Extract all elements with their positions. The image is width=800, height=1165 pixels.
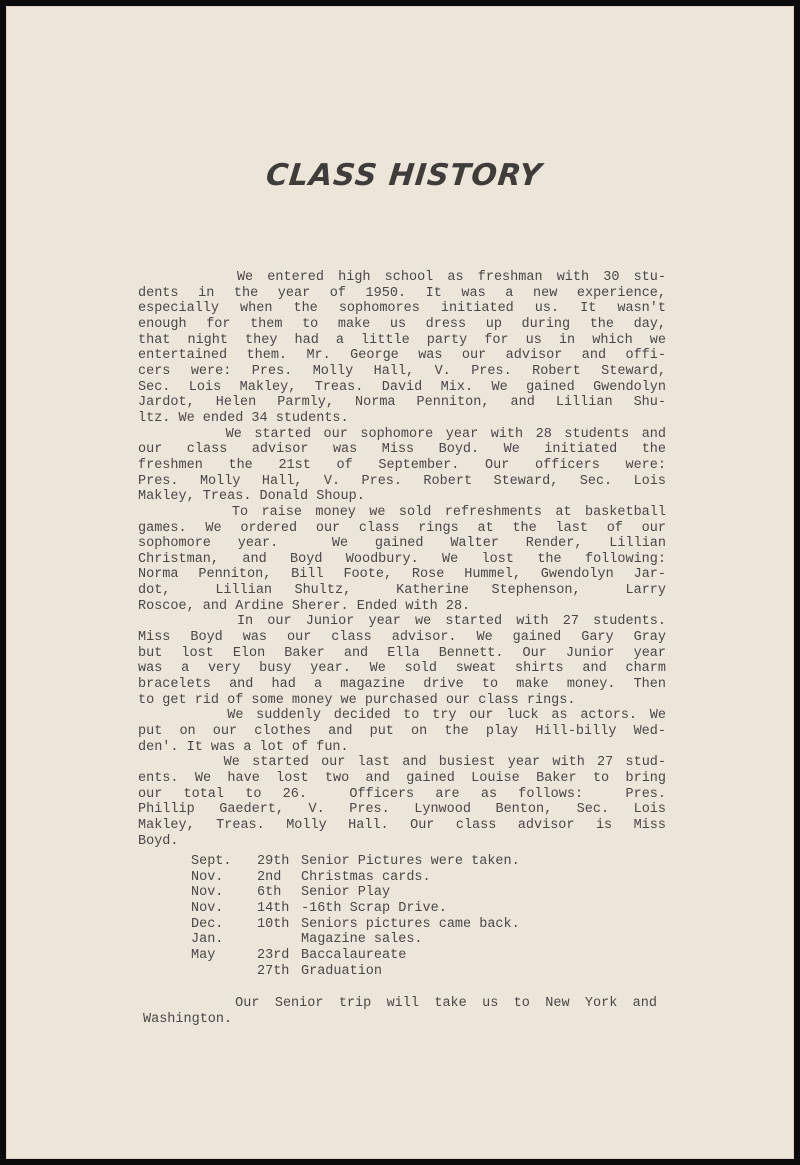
- text-line: especially when the sophomores initiated…: [138, 301, 666, 317]
- schedule-month: [191, 964, 257, 980]
- text-line: To raise money we sold refreshments at b…: [138, 505, 666, 521]
- schedule-day: 2nd: [257, 870, 301, 886]
- text-line: entertained them. Mr. George was our adv…: [138, 348, 666, 364]
- schedule-month: Dec.: [191, 917, 257, 933]
- schedule-day: 29th: [257, 854, 301, 870]
- text-line: We entered high school as freshman with …: [138, 270, 666, 286]
- text-line: den'. It was a lot of fun.: [138, 740, 666, 756]
- text-line: was a very busy year. We sold sweat shir…: [138, 661, 666, 677]
- text-line: dot, Lillian Shultz, Katherine Stephenso…: [138, 583, 666, 599]
- text-line: Jardot, Helen Parmly, Norma Penniton, an…: [138, 395, 666, 411]
- text-line: Washington.: [143, 1012, 657, 1028]
- schedule-row: Dec.10thSeniors pictures came back.: [191, 917, 520, 933]
- text-line: cers were: Pres. Molly Hall, V. Pres. Ro…: [138, 364, 666, 380]
- schedule-row: Jan.Magazine sales.: [191, 932, 520, 948]
- text-line: ents. We have lost two and gained Louise…: [138, 771, 666, 787]
- schedule-day: 23rd: [257, 948, 301, 964]
- text-line: Makley, Treas. Donald Shoup.: [138, 489, 666, 505]
- text-line: Sec. Lois Makley, Treas. David Mix. We g…: [138, 380, 666, 396]
- class-history-body: We entered high school as freshman with …: [138, 270, 666, 849]
- text-line: In our Junior year we started with 27 st…: [138, 614, 666, 630]
- yearbook-page: CLASS HISTORY We entered high school as …: [6, 6, 794, 1159]
- text-line: but lost Elon Baker and Ella Bennett. Ou…: [138, 646, 666, 662]
- text-line: Roscoe, and Ardine Sherer. Ended with 28…: [138, 599, 666, 615]
- schedule-day: 10th: [257, 917, 301, 933]
- text-line: enough for them to make us dress up duri…: [138, 317, 666, 333]
- schedule-event: Baccalaureate: [301, 948, 406, 964]
- text-line: freshmen the 21st of September. Our offi…: [138, 458, 666, 474]
- schedule-event: Seniors pictures came back.: [301, 917, 520, 933]
- text-line: We started our sophomore year with 28 st…: [138, 427, 666, 443]
- text-line: ltz. We ended 34 students.: [138, 411, 666, 427]
- text-line: our total to 26. Officers are as follows…: [138, 787, 666, 803]
- text-line: Pres. Molly Hall, V. Pres. Robert Stewar…: [138, 474, 666, 490]
- schedule-row: May23rdBaccalaureate: [191, 948, 520, 964]
- schedule-row: Sept.29thSenior Pictures were taken.: [191, 854, 520, 870]
- schedule-day: [257, 932, 301, 948]
- schedule-row: Nov.6thSenior Play: [191, 885, 520, 901]
- schedule-month: Nov.: [191, 885, 257, 901]
- text-line: our class advisor was Miss Boyd. We init…: [138, 442, 666, 458]
- closing-paragraph: Our Senior trip will take us to New York…: [143, 996, 657, 1027]
- schedule-month: Nov.: [191, 901, 257, 917]
- schedule-event: Magazine sales.: [301, 932, 423, 948]
- schedule-row: Nov.2ndChristmas cards.: [191, 870, 520, 886]
- schedule-event: Graduation: [301, 964, 382, 980]
- schedule-month: Jan.: [191, 932, 257, 948]
- text-line: to get rid of some money we purchased ou…: [138, 693, 666, 709]
- text-line: games. We ordered our class rings at the…: [138, 521, 666, 537]
- schedule-row: 27thGraduation: [191, 964, 520, 980]
- text-line: put on our clothes and put on the play H…: [138, 724, 666, 740]
- schedule-event: Senior Pictures were taken.: [301, 854, 520, 870]
- schedule-day: 14th: [257, 901, 301, 917]
- schedule-month: Sept.: [191, 854, 257, 870]
- text-line: Our Senior trip will take us to New York…: [143, 996, 657, 1012]
- senior-year-schedule: Sept.29thSenior Pictures were taken.Nov.…: [191, 854, 520, 979]
- schedule-row: Nov.14th-16th Scrap Drive.: [191, 901, 520, 917]
- page-title: CLASS HISTORY: [4, 158, 796, 193]
- text-line: dents in the year of 1950. It was a new …: [138, 286, 666, 302]
- schedule-event: Christmas cards.: [301, 870, 431, 886]
- schedule-month: Nov.: [191, 870, 257, 886]
- text-line: Makley, Treas. Molly Hall. Our class adv…: [138, 818, 666, 834]
- schedule-month: May: [191, 948, 257, 964]
- text-line: Phillip Gaedert, V. Pres. Lynwood Benton…: [138, 802, 666, 818]
- text-line: sophomore year. We gained Walter Render,…: [138, 536, 666, 552]
- schedule-event: -16th Scrap Drive.: [301, 901, 447, 917]
- text-line: We suddenly decided to try our luck as a…: [138, 708, 666, 724]
- schedule-event: Senior Play: [301, 885, 390, 901]
- text-line: Boyd.: [138, 834, 666, 850]
- text-line: that night they had a little party for u…: [138, 333, 666, 349]
- text-line: Christman, and Boyd Woodbury. We lost th…: [138, 552, 666, 568]
- text-line: Miss Boyd was our class advisor. We gain…: [138, 630, 666, 646]
- schedule-day: 6th: [257, 885, 301, 901]
- text-line: We started our last and busiest year wit…: [138, 755, 666, 771]
- text-line: bracelets and had a magazine drive to ma…: [138, 677, 666, 693]
- text-line: Norma Penniton, Bill Foote, Rose Hummel,…: [138, 567, 666, 583]
- schedule-day: 27th: [257, 964, 301, 980]
